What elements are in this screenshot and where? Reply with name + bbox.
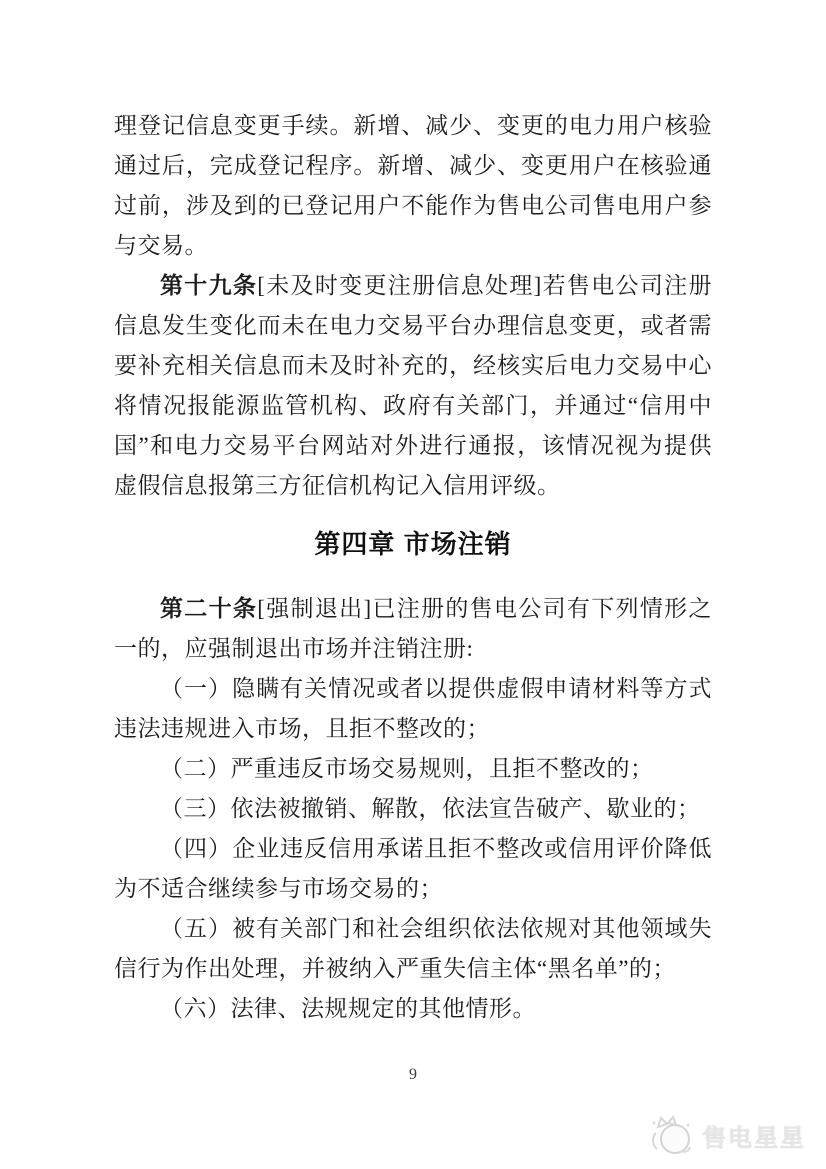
list-item-5: （五）被有关部门和社会组织依法依规对其他领域失信行为作出处理，并被纳入严重失信主… [114, 909, 712, 989]
article-19-term: 第十九条 [160, 273, 257, 298]
article-19-paragraph: 第十九条[未及时变更注册信息处理]若售电公司注册信息发生变化而未在电力交易平台办… [114, 266, 712, 506]
paragraph-continuation: 理登记信息变更手续。新增、减少、变更的电力用户核验通过后，完成登记程序。新增、减… [114, 106, 712, 266]
brand-watermark: 售电星星 [648, 1113, 806, 1157]
list-item-3: （三）依法被撤销、解散，依法宣告破产、歇业的； [114, 789, 712, 829]
page-number: 9 [0, 1066, 826, 1084]
document-page: 理登记信息变更手续。新增、减少、变更的电力用户核验通过后，完成登记程序。新增、减… [0, 0, 826, 1169]
list-item-1: （一）隐瞒有关情况或者以提供虚假申请材料等方式违法违规进入市场，且拒不整改的； [114, 669, 712, 749]
article-19-body: [未及时变更注册信息处理]若售电公司注册信息发生变化而未在电力交易平台办理信息变… [114, 273, 712, 498]
chapter-heading: 第四章 市场注销 [114, 524, 712, 564]
article-20-term: 第二十条 [160, 596, 257, 621]
watermark-label: 售电星星 [702, 1118, 806, 1153]
list-item-6: （六）法律、法规规定的其他情形。 [114, 989, 712, 1029]
article-20-paragraph: 第二十条[强制退出]已注册的售电公司有下列情形之一的，应强制退出市场并注销注册: [114, 589, 712, 669]
page-body: 理登记信息变更手续。新增、减少、变更的电力用户核验通过后，完成登记程序。新增、减… [114, 106, 712, 1029]
list-item-4: （四）企业违反信用承诺且拒不整改或信用评价降低为不适合继续参与市场交易的； [114, 829, 712, 909]
cat-star-logo-icon [648, 1113, 696, 1157]
list-item-2: （二）严重违反市场交易规则，且拒不整改的； [114, 749, 712, 789]
